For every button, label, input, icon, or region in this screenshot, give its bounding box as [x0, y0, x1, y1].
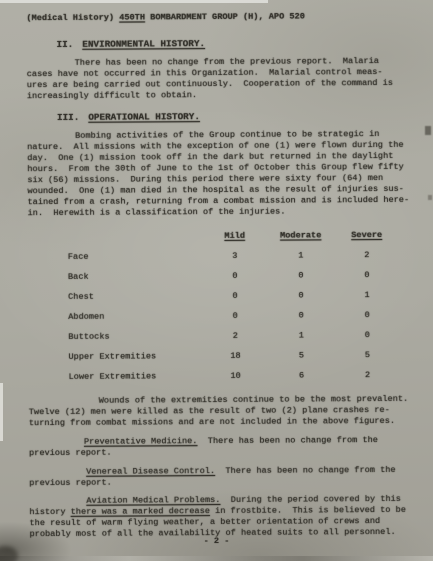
row-label: Buttocks: [68, 331, 202, 343]
paragraph-text: During the period covered by this: [220, 494, 401, 505]
paragraph-venereal-disease: Venereal Disease Control. There has been…: [29, 465, 426, 489]
document-content: (Medical History) 450TH BOMBARDMENT GROU…: [0, 0, 433, 561]
cell-value: 0: [268, 310, 334, 321]
paragraph-preventative-medicine: Preventative Medicine. There has been no…: [29, 435, 426, 459]
document-header: (Medical History) 450TH BOMBARDMENT GROU…: [26, 11, 423, 24]
unit-number: 450TH: [119, 12, 145, 22]
cell-value: 1: [268, 330, 334, 341]
table-row: Buttocks 2 1 0: [68, 321, 425, 343]
cell-value: 18: [202, 351, 268, 362]
cell-value: 0: [268, 270, 334, 281]
table-row: Back 0 0 0: [68, 261, 425, 283]
paragraph-aviation-medical: Aviation Medical Problems. During the pe…: [29, 494, 426, 540]
cell-value: 0: [202, 271, 268, 282]
cell-value: 0: [334, 270, 400, 281]
table-row: Upper Extremities 18 5 5: [68, 341, 425, 363]
section-heading-operational: III.OPERATIONAL HISTORY.: [57, 110, 424, 123]
paragraph-line: previous report.: [29, 476, 426, 489]
cell-value: 2: [334, 250, 400, 261]
table-row: Chest 0 0 1: [68, 281, 425, 303]
row-label: Chest: [68, 291, 202, 303]
subsection-title: Preventative Medicine.: [84, 436, 198, 447]
column-header-mild: Mild: [202, 231, 268, 242]
row-label: Lower Extremities: [69, 371, 203, 383]
table-row: Lower Extremities 10 6 2: [69, 361, 426, 383]
row-label: Face: [68, 251, 202, 263]
table-header-row: Mild Moderate Severe: [68, 221, 425, 243]
cell-value: 6: [269, 370, 335, 381]
scanned-document-page: (Medical History) 450TH BOMBARDMENT GROU…: [0, 0, 433, 561]
cell-value: 3: [202, 251, 268, 262]
row-label: Abdomen: [68, 311, 202, 323]
cell-value: 1: [334, 290, 400, 301]
table-row: Abdomen 0 0 0: [68, 301, 425, 323]
paragraph-line: previous report.: [29, 446, 426, 459]
subsection-title: Venereal Disease Control.: [86, 466, 215, 477]
section-number: II.: [57, 39, 74, 50]
cell-value: 0: [334, 310, 400, 321]
paragraph-wounds: Wounds of the extremities continue to be…: [29, 394, 426, 429]
column-header-moderate: Moderate: [268, 230, 334, 241]
cell-value: 10: [203, 371, 269, 382]
paragraph-text: There has been no change from the: [197, 435, 378, 446]
section-title: OPERATIONAL HISTORY.: [88, 111, 200, 123]
subsection-title: Aviation Medical Problems.: [86, 495, 220, 506]
header-prefix: (Medical History): [26, 13, 119, 24]
paragraph-line: in. Herewith is a classification of the …: [28, 206, 425, 219]
cell-value: 0: [334, 330, 400, 341]
injury-table: Mild Moderate Severe Face 3 1 2 Back 0 0…: [68, 221, 426, 383]
cell-value: 0: [202, 311, 268, 322]
section-title: ENVIRONMENTAL HISTORY.: [82, 38, 205, 50]
row-label: Back: [68, 271, 202, 283]
paragraph-text: in frostbite. This is believed to be: [210, 505, 406, 516]
header-suffix: BOMBARDMENT GROUP (H), APO 520: [145, 11, 305, 22]
paragraph-line: turning from combat missions and are not…: [29, 416, 426, 429]
paragraph-operational: Bombing activities of the Group continue…: [27, 129, 425, 219]
cell-value: 2: [335, 370, 401, 381]
underlined-phrase: there was a marked decrease: [71, 506, 210, 517]
section-heading-environmental: II.ENVIRONMENTAL HISTORY.: [57, 37, 424, 50]
paragraph-text: There has been no change from the: [215, 465, 396, 476]
cell-value: 0: [268, 290, 334, 301]
page-number: - 2 -: [0, 536, 433, 547]
column-header-severe: Severe: [334, 230, 400, 241]
cell-value: 2: [202, 331, 268, 342]
cell-value: 5: [334, 350, 400, 361]
row-label: Upper Extremities: [68, 351, 202, 363]
section-number: III.: [57, 112, 79, 123]
cell-value: 5: [268, 350, 334, 361]
paragraph-text: history: [29, 507, 70, 517]
cell-value: 0: [202, 291, 268, 302]
paragraph-line: increasingly difficult to obtain.: [27, 89, 424, 102]
cell-value: 1: [268, 250, 334, 261]
paragraph-environmental: There has been no change from the previo…: [27, 56, 424, 102]
table-row: Face 3 1 2: [68, 241, 425, 263]
